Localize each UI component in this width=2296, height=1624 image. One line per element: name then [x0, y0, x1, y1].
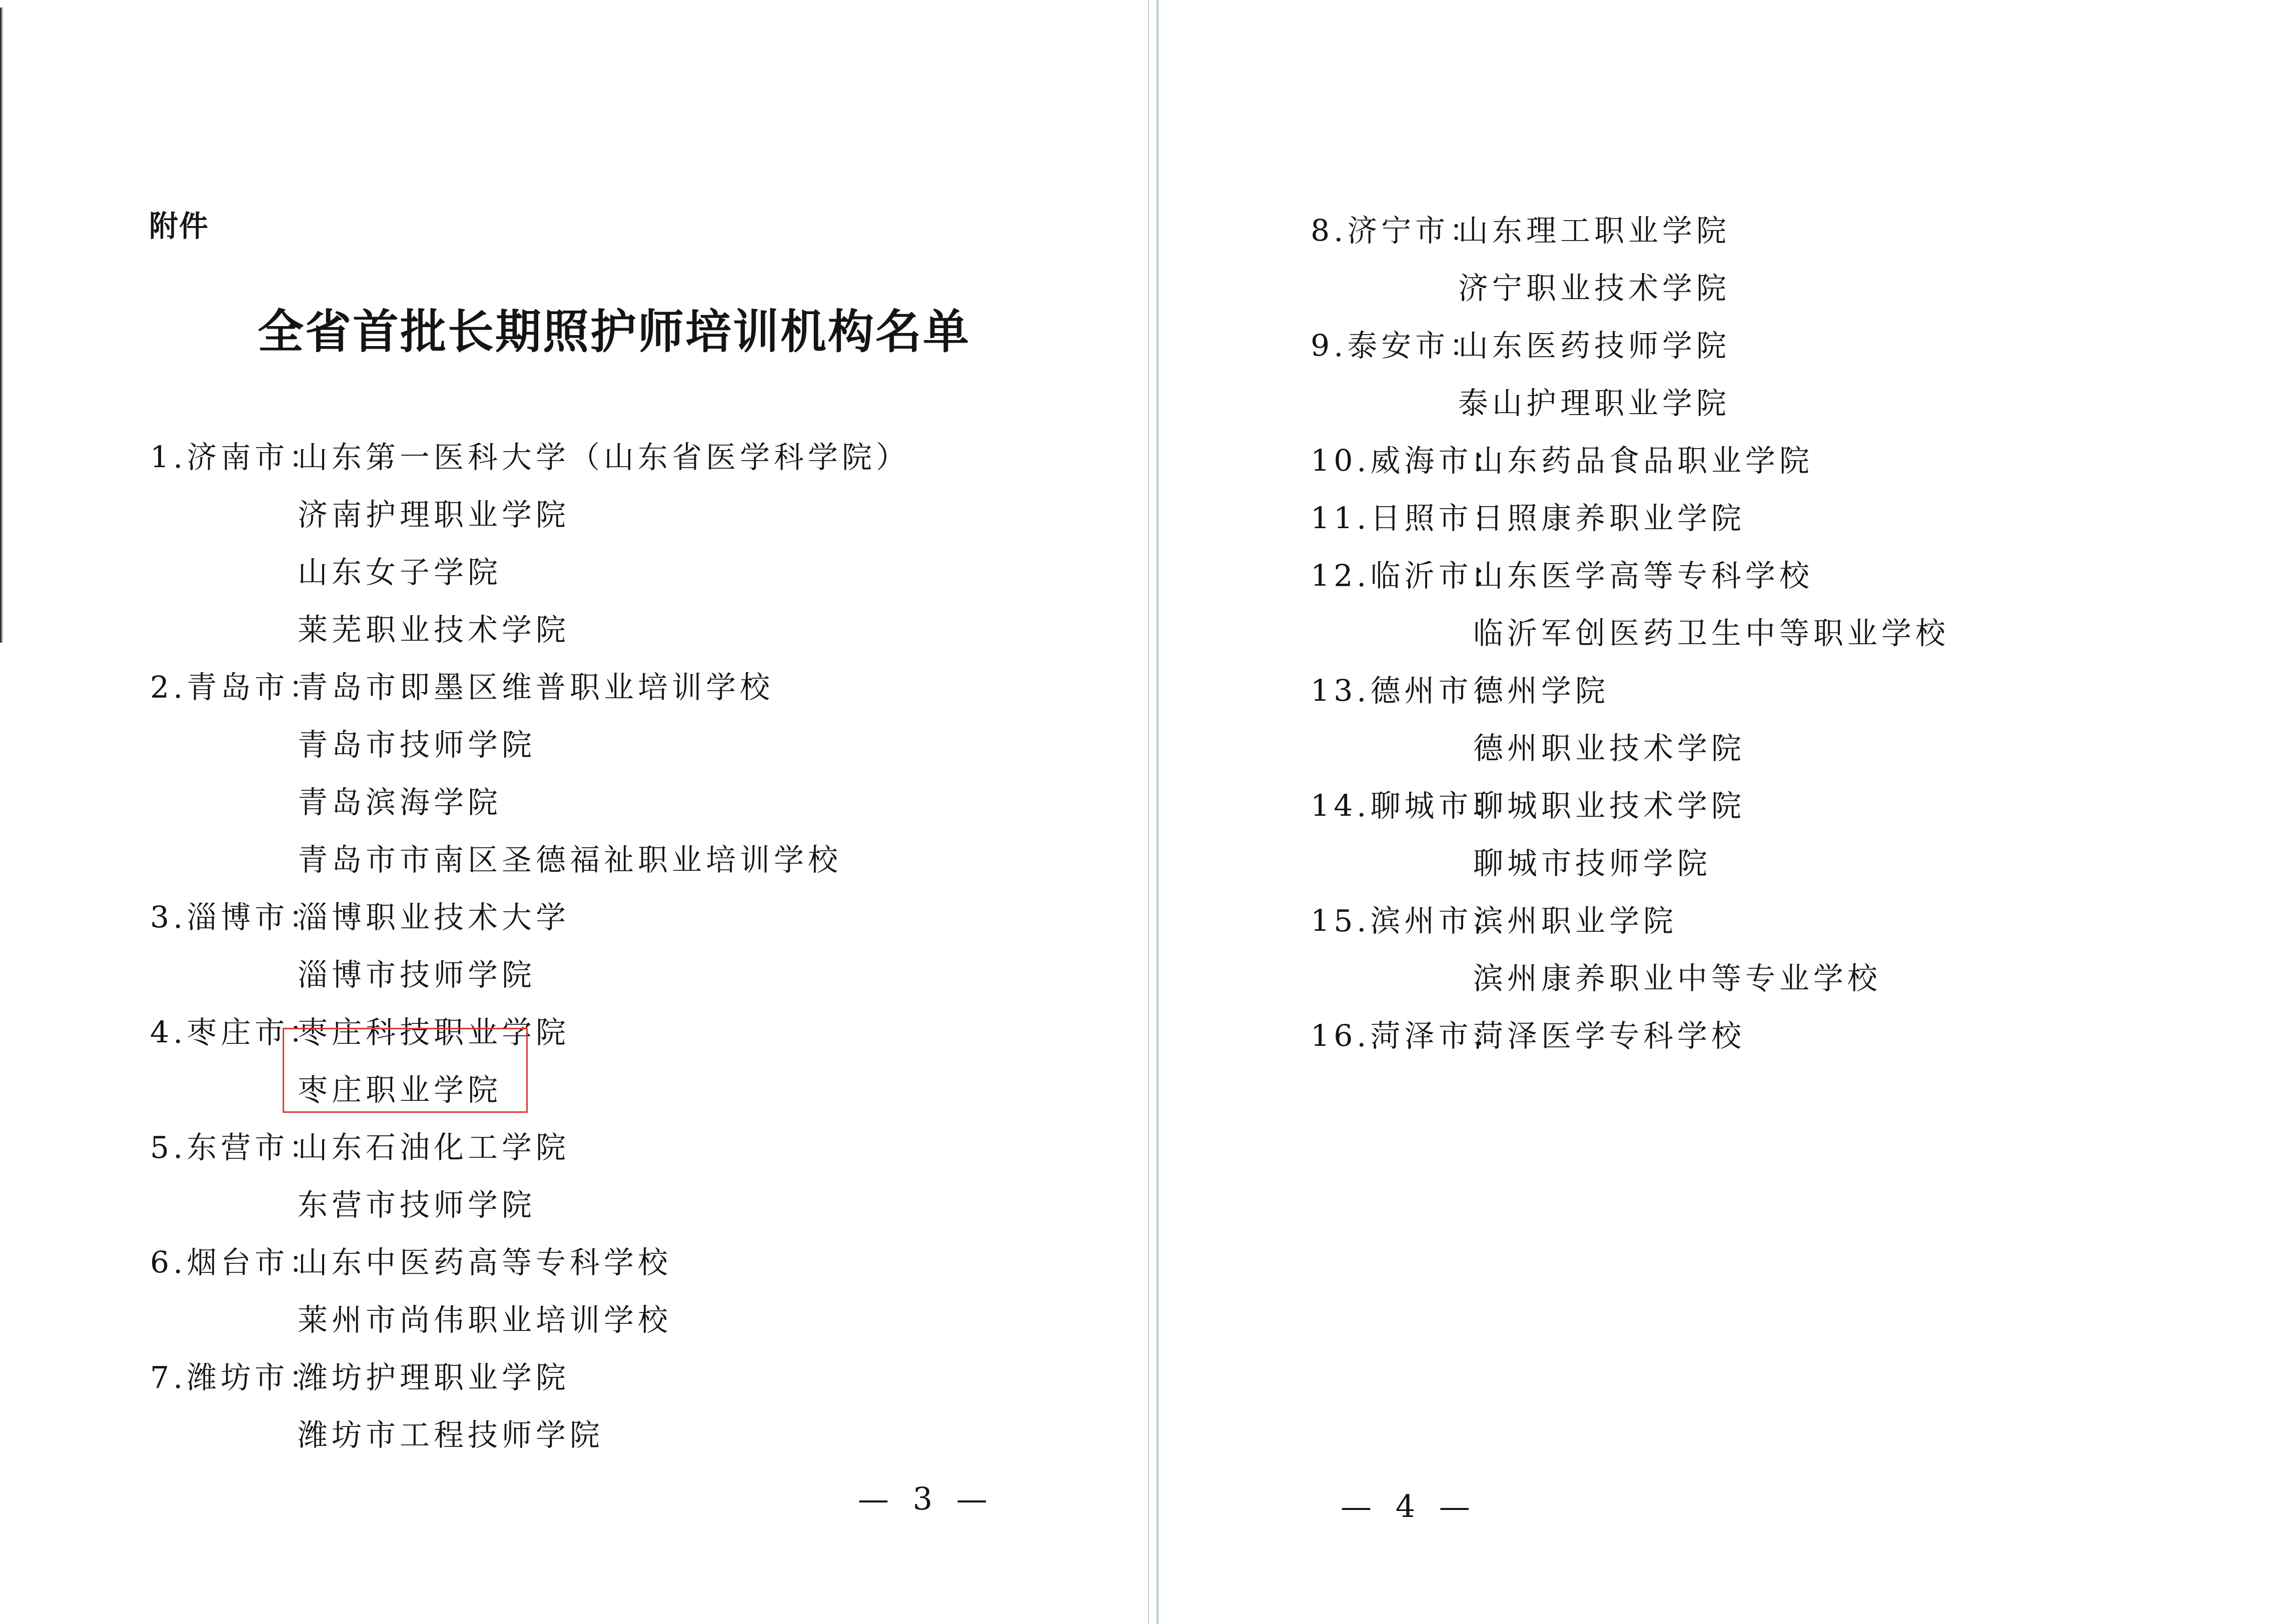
- institution-name: 临沂军创医药卫生中等职业学校: [1473, 605, 1949, 663]
- institution-name: 滨州康养职业中等专业学校: [1473, 950, 1881, 1008]
- city-label: 9.泰安市：: [1311, 318, 1458, 375]
- city-label: 2.青岛市：: [150, 659, 298, 717]
- document-title: 全省首批长期照护师培训机构名单: [258, 295, 970, 361]
- institution-name: 潍坊护理职业学院: [298, 1349, 570, 1407]
- institution-name: 德州职业技术学院: [1473, 720, 1745, 778]
- city-label: 10.威海市：: [1311, 433, 1473, 490]
- list-item: 淄博市技师学院: [150, 947, 910, 1004]
- list-item: 3.淄博市：淄博职业技术大学: [150, 889, 910, 947]
- institution-name: 聊城市技师学院: [1473, 835, 1711, 893]
- list-item: 济宁职业技术学院: [1311, 260, 1949, 318]
- list-item: 青岛滨海学院: [150, 774, 910, 832]
- list-item: 15.滨州市：滨州职业学院: [1311, 893, 1949, 950]
- city-label: 16.菏泽市：: [1311, 1008, 1473, 1065]
- list-item: 13.德州市：德州学院: [1311, 663, 1949, 720]
- list-item: 1.济南市：山东第一医科大学（山东省医学科学院）: [150, 429, 910, 487]
- institution-name: 聊城职业技术学院: [1473, 778, 1745, 835]
- city-label: 1.济南市：: [150, 429, 298, 487]
- list-item: 4.枣庄市：枣庄科技职业学院: [150, 1004, 910, 1062]
- binding-edge: [0, 8, 3, 643]
- list-item: 6.烟台市：山东中医药高等专科学校: [150, 1234, 910, 1292]
- city-label: 8.济宁市：: [1311, 203, 1458, 260]
- institution-name: 菏泽医学专科学校: [1473, 1008, 1745, 1065]
- gutter-line: [1148, 0, 1149, 1624]
- list-item: 2.青岛市：青岛市即墨区维普职业培训学校: [150, 659, 910, 717]
- list-item: 8.济宁市：山东理工职业学院: [1311, 203, 1949, 260]
- institution-name: 山东药品食品职业学院: [1473, 433, 1813, 490]
- institution-name: 青岛滨海学院: [298, 774, 502, 832]
- list-item: 东营市技师学院: [150, 1177, 910, 1234]
- page-number: — 4 —: [1341, 1488, 1477, 1524]
- city-label: 3.淄博市：: [150, 889, 298, 947]
- institution-name: 莱芜职业技术学院: [298, 602, 570, 659]
- institution-name: 青岛市即墨区维普职业培训学校: [298, 659, 774, 717]
- list-item: 11.日照市：日照康养职业学院: [1311, 490, 1949, 548]
- list-item: 济南护理职业学院: [150, 487, 910, 544]
- institution-name: 德州学院: [1473, 663, 1609, 720]
- list-item: 临沂军创医药卫生中等职业学校: [1311, 605, 1949, 663]
- institution-name: 淄博职业技术大学: [298, 889, 570, 947]
- attachment-label: 附件: [149, 203, 209, 245]
- city-label: 5.东营市：: [150, 1119, 298, 1177]
- institution-name: 东营市技师学院: [298, 1177, 536, 1234]
- institution-name: 山东中医药高等专科学校: [298, 1234, 672, 1292]
- list-item: 聊城市技师学院: [1311, 835, 1949, 893]
- list-item: 青岛市技师学院: [150, 717, 910, 774]
- institution-name: 滨州职业学院: [1473, 893, 1677, 950]
- institution-name: 日照康养职业学院: [1473, 490, 1745, 548]
- list-item: 泰山护理职业学院: [1311, 375, 1949, 433]
- institution-list-right: 8.济宁市：山东理工职业学院 济宁职业技术学院 9.泰安市：山东医药技师学院 泰…: [1311, 203, 1949, 1065]
- page-number: — 3 —: [858, 1480, 994, 1517]
- list-item: 青岛市市南区圣德福祉职业培训学校: [150, 832, 910, 889]
- list-item: 7.潍坊市：潍坊护理职业学院: [150, 1349, 910, 1407]
- institution-name: 潍坊市工程技师学院: [298, 1407, 604, 1464]
- page-gutter: [1143, 0, 1166, 1624]
- list-item: 滨州康养职业中等专业学校: [1311, 950, 1949, 1008]
- gutter-line: [1157, 0, 1159, 1624]
- institution-name: 山东第一医科大学（山东省医学科学院）: [298, 429, 910, 487]
- institution-name: 泰山护理职业学院: [1458, 375, 1730, 433]
- list-item: 山东女子学院: [150, 544, 910, 602]
- list-item: 16.菏泽市：菏泽医学专科学校: [1311, 1008, 1949, 1065]
- list-item: 5.东营市：山东石油化工学院: [150, 1119, 910, 1177]
- institution-name: 山东理工职业学院: [1458, 203, 1730, 260]
- list-item: 12.临沂市：山东医学高等专科学校: [1311, 548, 1949, 605]
- city-label: 14.聊城市：: [1311, 778, 1473, 835]
- city-label: 15.滨州市：: [1311, 893, 1473, 950]
- institution-name: 山东医学高等专科学校: [1473, 548, 1813, 605]
- list-item: 莱芜职业技术学院: [150, 602, 910, 659]
- list-item: 9.泰安市：山东医药技师学院: [1311, 318, 1949, 375]
- list-item: 潍坊市工程技师学院: [150, 1407, 910, 1464]
- institution-name: 济宁职业技术学院: [1458, 260, 1730, 318]
- left-page: 附件 全省首批长期照护师培训机构名单 1.济南市：山东第一医科大学（山东省医学科…: [0, 0, 1145, 1624]
- city-label: 11.日照市：: [1311, 490, 1473, 548]
- list-item: 14.聊城市：聊城职业技术学院: [1311, 778, 1949, 835]
- highlight-box: [283, 1028, 528, 1113]
- institution-name: 山东女子学院: [298, 544, 502, 602]
- institution-name: 山东石油化工学院: [298, 1119, 570, 1177]
- city-label: 13.德州市：: [1311, 663, 1473, 720]
- institution-name: 淄博市技师学院: [298, 947, 536, 1004]
- list-item-highlighted: 枣庄职业学院: [150, 1062, 910, 1119]
- city-label: 7.潍坊市：: [150, 1349, 298, 1407]
- right-page: 8.济宁市：山东理工职业学院 济宁职业技术学院 9.泰安市：山东医药技师学院 泰…: [1166, 0, 2296, 1624]
- institution-list-left: 1.济南市：山东第一医科大学（山东省医学科学院） 济南护理职业学院 山东女子学院…: [150, 429, 910, 1464]
- list-item: 德州职业技术学院: [1311, 720, 1949, 778]
- institution-name: 济南护理职业学院: [298, 487, 570, 544]
- institution-name: 山东医药技师学院: [1458, 318, 1730, 375]
- list-item: 莱州市尚伟职业培训学校: [150, 1292, 910, 1349]
- institution-name: 青岛市市南区圣德福祉职业培训学校: [298, 832, 842, 889]
- institution-name: 莱州市尚伟职业培训学校: [298, 1292, 672, 1349]
- city-label: 12.临沂市：: [1311, 548, 1473, 605]
- city-label: 4.枣庄市：: [150, 1004, 298, 1062]
- city-label: 6.烟台市：: [150, 1234, 298, 1292]
- institution-name: 青岛市技师学院: [298, 717, 536, 774]
- list-item: 10.威海市：山东药品食品职业学院: [1311, 433, 1949, 490]
